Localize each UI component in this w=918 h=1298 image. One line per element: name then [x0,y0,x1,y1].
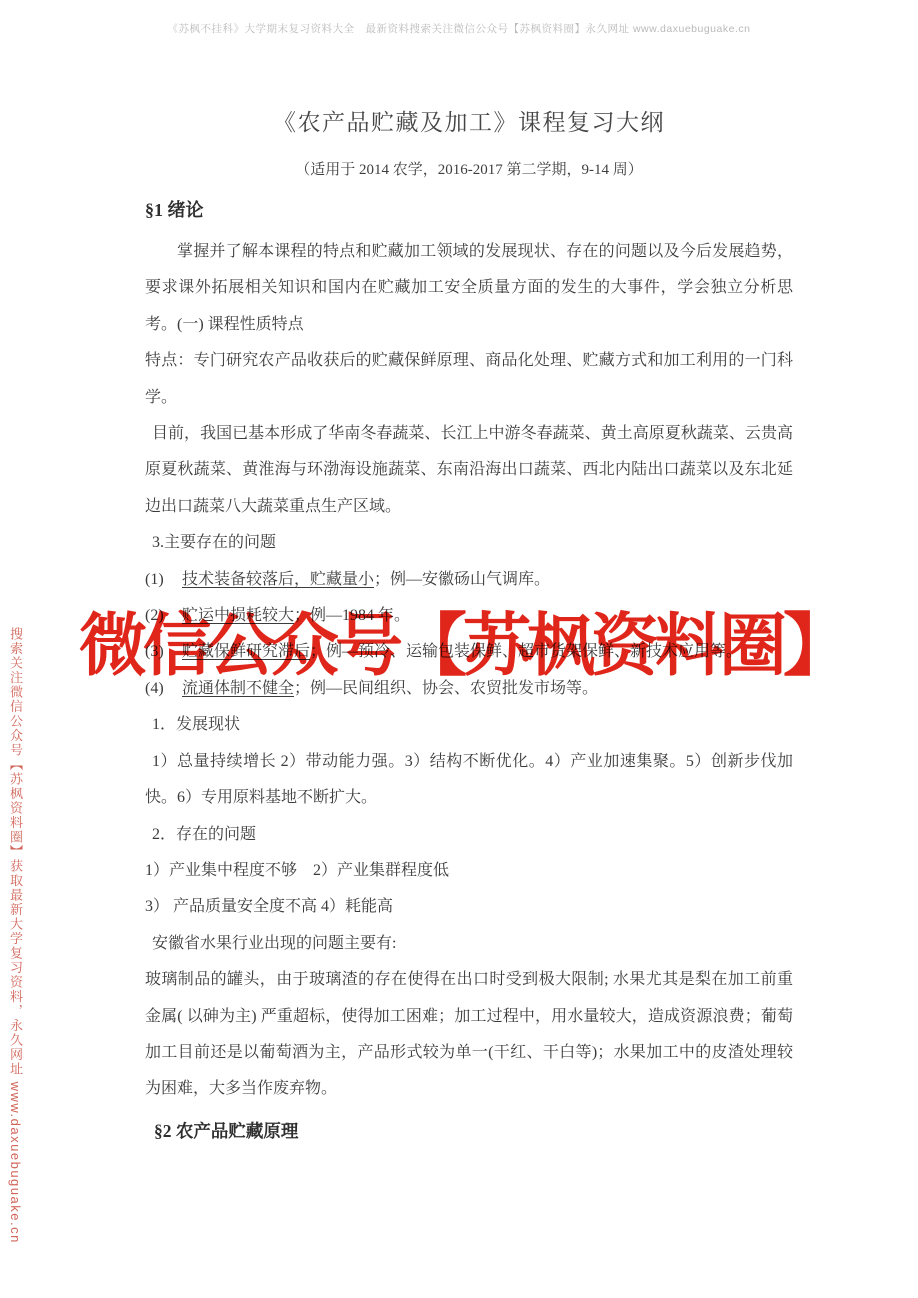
para-status: 1）总量持续增长 2）带动能力强。3）结构不断优化。4）产业加速集聚。5）创新步… [145,744,793,817]
para-overview: 掌握并了解本课程的特点和贮藏加工领域的发展现状、存在的问题以及今后发展趋势，要求… [145,234,793,343]
list-item-3: (3)贮藏保鲜研究滞后；例—预冷、运输包装保鲜、超市货架保鲜、新技术应用等。 [145,634,793,670]
list-item-4-rest: ；例—民间组织、协会、农贸批发市场等。 [294,680,598,697]
section-2-heading: §2 农产品贮藏原理 [145,1118,793,1143]
list-item-2: (2)贮运中损耗较大；例—1984 年。 [145,598,793,634]
subheading-problems: 3.主要存在的问题 [145,525,793,561]
list-item-1-rest: ；例—安徽砀山气调库。 [374,571,550,588]
page-title: 《农产品贮藏及加工》课程复习大纲 [145,104,793,137]
para-anhui-intro: 安徽省水果行业出现的问题主要有: [145,926,793,962]
para-issues-1: 1）产业集中程度不够 2）产业集群程度低 [145,853,793,889]
list-item-4-underlined: 流通体制不健全 [182,680,294,697]
left-vertical-watermark: 搜索关注微信公众号【苏枫资料圈】获取最新大学复习资料，永久网址 www.daxu… [6,627,25,1244]
section-1-heading: §1 绪论 [145,196,793,222]
list-item-1-marker: (1) [145,562,182,598]
para-feature: 特点：专门研究农产品收获后的贮藏保鲜原理、商品化处理、贮藏方式和加工利用的一门科… [145,343,793,416]
page-subtitle: （适用于 2014 农学，2016-2017 第二学期，9-14 周） [145,158,793,179]
document-body: 《农产品贮藏及加工》课程复习大纲 （适用于 2014 农学，2016-2017 … [145,0,793,1157]
list-item-3-underlined: 贮藏保鲜研究滞后 [182,643,310,660]
list-item-3-rest: ；例—预冷、运输包装保鲜、超市货架保鲜、新技术应用等。 [310,643,742,660]
subheading-status: 1．发展现状 [145,707,793,743]
para-anhui-body: 玻璃制品的罐头，由于玻璃渣的存在使得在出口时受到极大限制; 水果尤其是梨在加工前… [145,962,793,1108]
list-item-1-underlined: 技术装备较落后，贮藏量小 [182,571,374,588]
para-issues-2: 3） 产品质量安全度不高 4）耗能高 [145,889,793,925]
para-regions: 目前，我国已基本形成了华南冬春蔬菜、长江上中游冬春蔬菜、黄土高原夏秋蔬菜、云贵高… [145,416,793,525]
subheading-issues: 2．存在的问题 [145,817,793,853]
section-1-content: 掌握并了解本课程的特点和贮藏加工领域的发展现状、存在的问题以及今后发展趋势，要求… [145,234,793,1108]
list-item-4-marker: (4) [145,671,182,707]
list-item-2-rest: ；例—1984 年。 [294,607,410,624]
list-item-2-marker: (2) [145,598,182,634]
document-page: 《苏枫不挂科》大学期末复习资料大全 最新资料搜索关注微信公众号【苏枫资料圈】永久… [0,0,918,1298]
list-item-2-underlined: 贮运中损耗较大 [182,607,294,624]
list-item-4: (4)流通体制不健全；例—民间组织、协会、农贸批发市场等。 [145,671,793,707]
list-item-1: (1)技术装备较落后，贮藏量小；例—安徽砀山气调库。 [145,562,793,598]
list-item-3-marker: (3) [145,634,182,670]
